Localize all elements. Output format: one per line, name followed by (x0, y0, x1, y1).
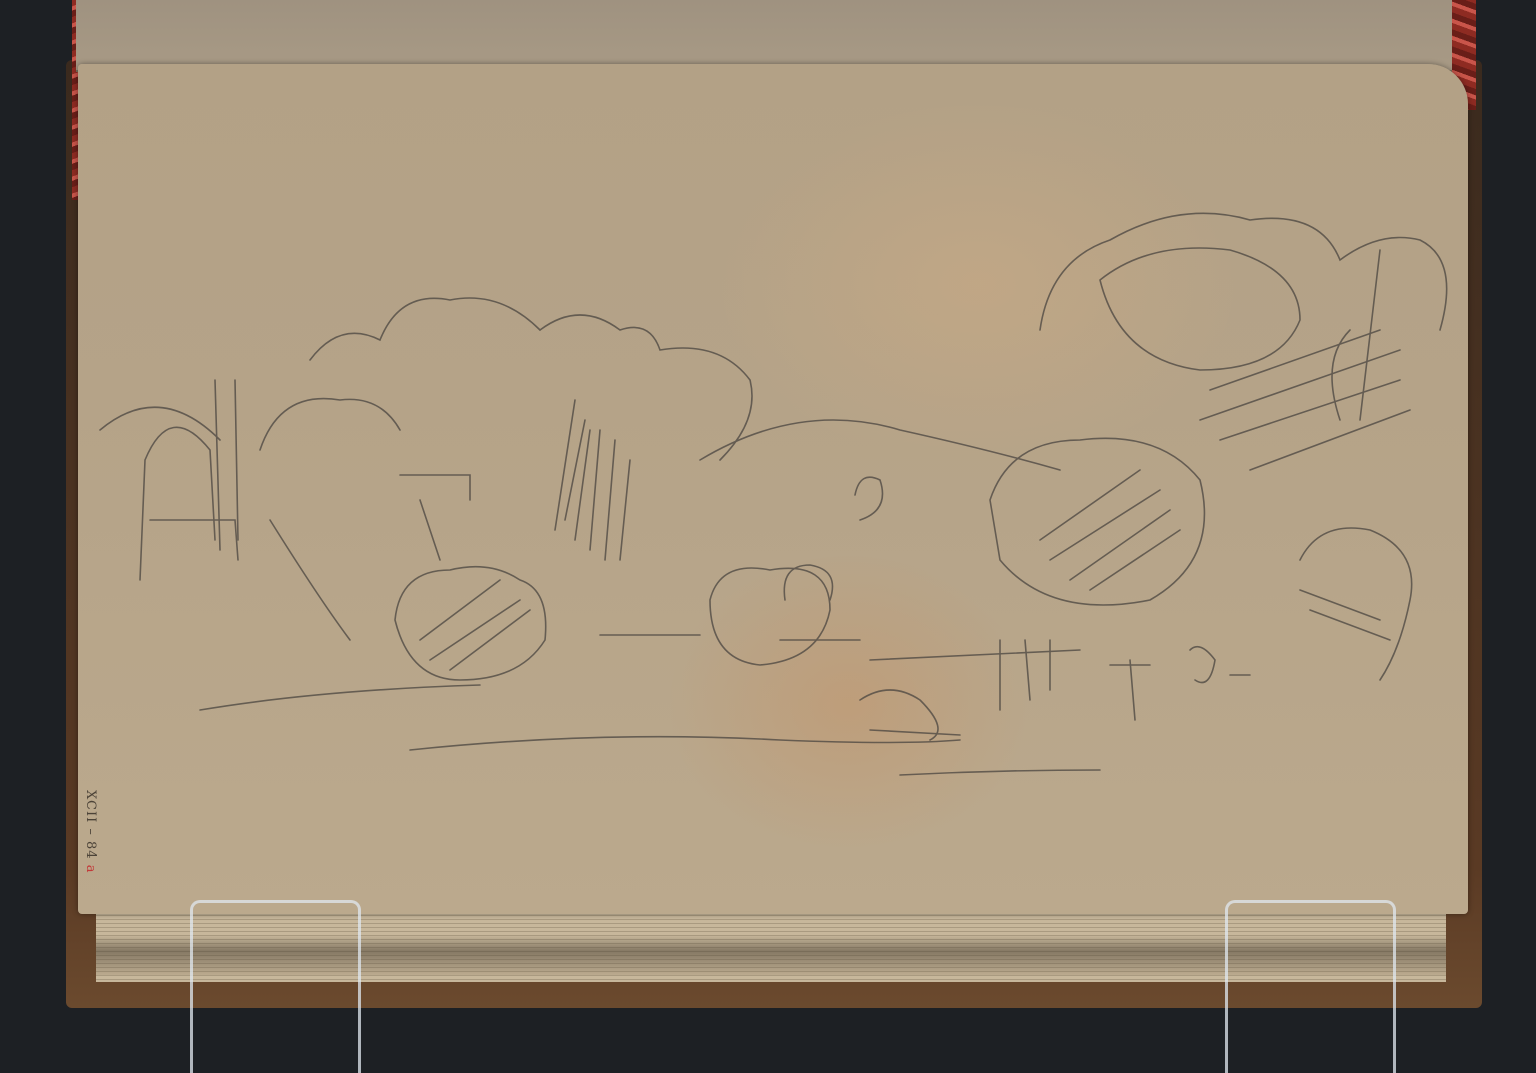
facing-page-edge (76, 0, 1452, 72)
catalogue-number: XCII – 84 (83, 790, 98, 860)
sketchbook-page (78, 64, 1468, 914)
acrylic-stand-left (190, 900, 361, 1073)
photograph: XCII – 84 a (0, 0, 1536, 1073)
red-mark: a (83, 865, 98, 874)
acrylic-stand-right (1225, 900, 1396, 1073)
pencil-sketch (78, 64, 1468, 914)
catalogue-inscription: XCII – 84 a (83, 790, 98, 873)
